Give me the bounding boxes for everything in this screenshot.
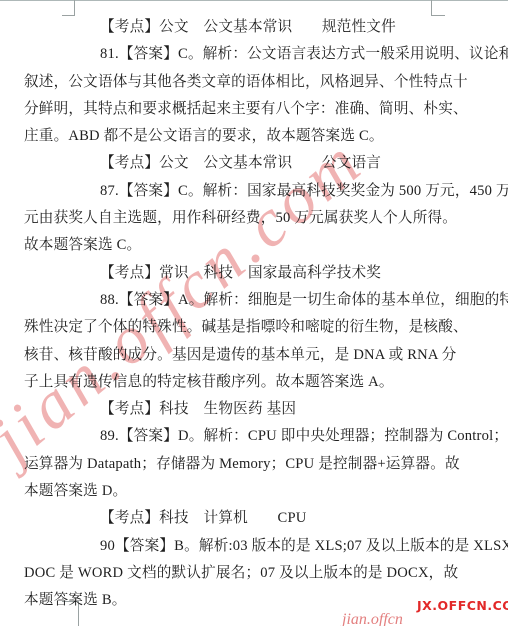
text-line: 子上具有遗传信息的特定核苷酸序列。故本题答案选 A。	[24, 369, 458, 396]
text-line: 本题答案选 D。	[24, 478, 458, 505]
text-line: 运算器为 Datapath；存储器为 Memory；CPU 是控制器+运算器。故	[24, 451, 458, 478]
text-line: 88.【答案】A。解析：细胞是一切生命体的基本单位，细胞的特	[24, 287, 458, 314]
text-line: 81.【答案】C。解析：公文语言表达方式一般采用说明、议论和	[24, 41, 458, 68]
text-line: 叙述，公文语体与其他各类文章的语体相比，风格迥异、个性特点十	[24, 69, 458, 96]
text-line: 【考点】常识 科技 国家最高科学技术奖	[24, 260, 458, 287]
text-line: 故本题答案选 C。	[24, 232, 458, 259]
text-line: 核苷、核苷酸的成分。基因是遗传的基本单元，是 DNA 或 RNA 分	[24, 342, 458, 369]
text-line: 殊性决定了个体的特殊性。碱基是指嘌呤和嘧啶的衍生物，是核酸、	[24, 314, 458, 341]
footer-brand-text: JX.OFFCN.COM	[417, 598, 508, 613]
text-boundary-mark-top-left	[74, 0, 75, 15]
word-document-page: jian.offcn.com 【考点】公文 公文基本常识 规范性文件81.【答案…	[0, 0, 508, 626]
text-line: 元由获奖人自主选题，用作科研经费，50 万元属获奖人个人所得。	[24, 205, 458, 232]
footer-partial-watermark: jian.offcn	[342, 611, 403, 626]
text-line: DOC 是 WORD 文档的默认扩展名；07 及以上版本的是 DOCX，故	[24, 560, 458, 587]
text-line: 87.【答案】C。解析：国家最高科技奖奖金为 500 万元，450 万	[24, 178, 458, 205]
text-line: 89.【答案】D。解析：CPU 即中央处理器；控制器为 Control；	[24, 423, 458, 450]
text-line: 90【答案】B。解析:03 版本的是 XLS;07 及以上版本的是 XLSX。	[24, 533, 458, 560]
text-line: 庄重。ABD 都不是公文语言的要求，故本题答案选 C。	[24, 123, 458, 150]
document-text-body: 【考点】公文 公文基本常识 规范性文件81.【答案】C。解析：公文语言表达方式一…	[24, 14, 458, 615]
text-line: 【考点】科技 生物医药 基因	[24, 396, 458, 423]
text-line: 【考点】科技 计算机 CPU	[24, 505, 458, 532]
text-line: 分鲜明，其特点和要求概括起来主要有八个字：准确、简明、朴实、	[24, 96, 458, 123]
text-line: 【考点】公文 公文基本常识 规范性文件	[24, 14, 458, 41]
text-boundary-mark-top-right	[431, 0, 432, 15]
text-line: 【考点】公文 公文基本常识 公文语言	[24, 150, 458, 177]
